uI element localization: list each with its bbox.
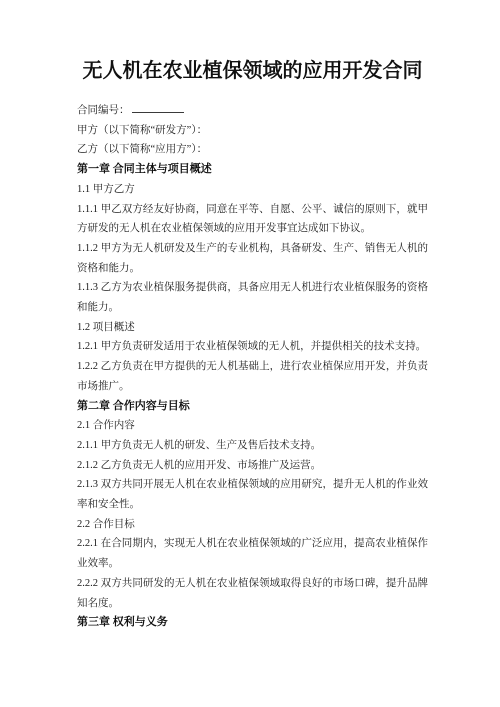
contract-number-label: 合同编号： bbox=[77, 105, 130, 116]
contract-paragraph: 2.1.2 乙方负责无人机的应用开发、市场推广及运营。 bbox=[77, 456, 428, 476]
contract-paragraph: 1.2.2 乙方负责在甲方提供的无人机基础上，进行农业植保应用开发，并负责市场推… bbox=[77, 357, 428, 396]
chapter-heading: 第二章 合作内容与目标 bbox=[77, 397, 428, 417]
chapter-heading: 第三章 权利与义务 bbox=[77, 613, 428, 633]
contract-paragraph: 2.2.1 在合同期内，实现无人机在农业植保领域的广泛应用，提高农业植保作业效率… bbox=[77, 534, 428, 573]
chapter-heading: 第一章 合同主体与项目概述 bbox=[77, 160, 428, 180]
contract-title: 无人机在农业植保领域的应用开发合同 bbox=[77, 58, 428, 84]
contract-paragraph: 1.2.1 甲方负责研发适用于农业植保领域的无人机，并提供相关的技术支持。 bbox=[77, 337, 428, 357]
contract-number-blank bbox=[132, 102, 184, 113]
contract-paragraph: 1.2 项目概述 bbox=[77, 318, 428, 338]
contract-paragraph: 2.2 合作目标 bbox=[77, 515, 428, 535]
contract-paragraph: 2.1.1 甲方负责无人机的研发、生产及售后技术支持。 bbox=[77, 436, 428, 456]
contract-paragraph: 1.1.3 乙方为农业植保服务提供商，具备应用无人机进行农业植保服务的资格和能力… bbox=[77, 278, 428, 317]
contract-paragraph: 1.1 甲方乙方 bbox=[77, 180, 428, 200]
contract-paragraph: 2.1.3 双方共同开展无人机在农业植保领域的应用研究，提升无人机的作业效率和安… bbox=[77, 475, 428, 514]
document-body: 合同编号：甲方（以下简称“研发方”）：乙方（以下简称“应用方”）：第一章 合同主… bbox=[77, 101, 428, 633]
contract-page: 无人机在农业植保领域的应用开发合同 合同编号：甲方（以下简称“研发方”）：乙方（… bbox=[0, 0, 500, 707]
contract-paragraph: 1.1.2 甲方为无人机研发及生产的专业机构，具备研发、生产、销售无人机的资格和… bbox=[77, 239, 428, 278]
contract-paragraph: 2.1 合作内容 bbox=[77, 416, 428, 436]
contract-paragraph: 甲方（以下简称“研发方”）： bbox=[77, 121, 428, 141]
contract-paragraph: 乙方（以下简称“应用方”）： bbox=[77, 140, 428, 160]
contract-paragraph: 1.1.1 甲乙双方经友好协商，同意在平等、自愿、公平、诚信的原则下，就甲方研发… bbox=[77, 200, 428, 239]
contract-number-line: 合同编号： bbox=[77, 101, 428, 121]
contract-paragraph: 2.2.2 双方共同研发的无人机在农业植保领域取得良好的市场口碑，提升品牌知名度… bbox=[77, 574, 428, 613]
